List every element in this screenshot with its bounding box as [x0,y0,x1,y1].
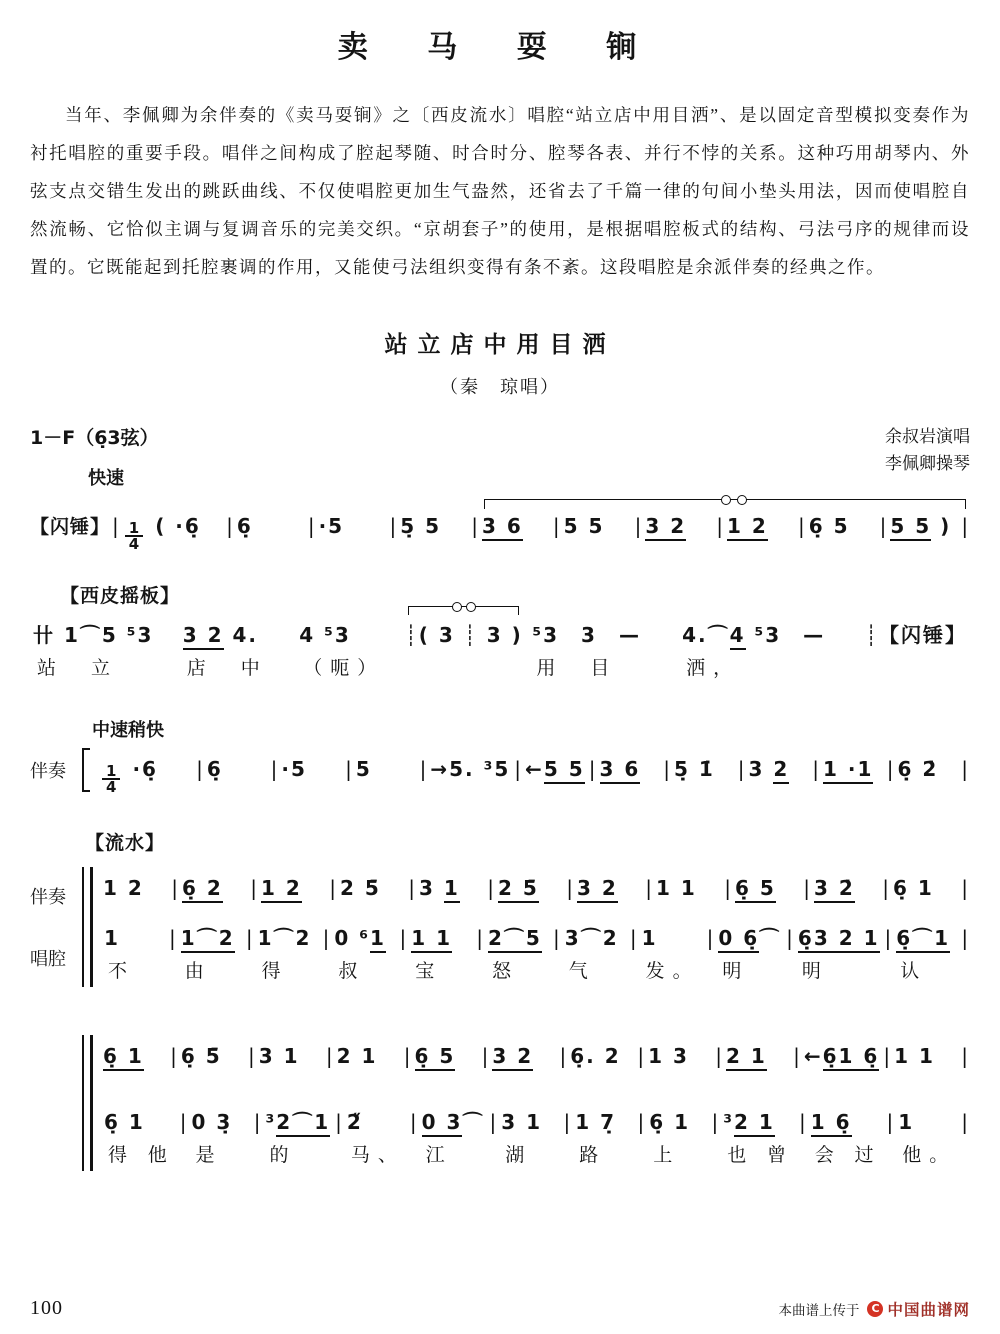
barline: | [561,1105,572,1139]
barline: | [474,921,485,955]
measure: 3 2 [490,1033,557,1079]
measure: 6̣ 1 [891,865,959,911]
barline: | [306,514,317,538]
notes: ³2⌒1 [266,1105,331,1139]
meta-row: 1－F（6̣3弦） 快速 余叔岩演唱 李佩卿操琴 [30,423,970,490]
measure: 6̣ [235,514,306,538]
barline: | [551,921,562,955]
barline: | [878,514,889,538]
notes: 0 6̣⌒ [718,921,781,955]
continuation-system: 6̣ 1|6̣ 5̄|3 1|2 1|6̣ 5|3 2|6̣. 2|1 3|2 … [30,1033,970,1173]
lyric: 叔 [334,955,394,989]
barline: | [883,921,894,955]
section-label-liushui: 【流水】 [85,828,970,855]
barline: | [722,865,733,911]
system-bracket [82,1035,93,1171]
part-label-banzou: 伴奏 [30,757,82,783]
barline: | [321,921,332,955]
banzou-interlude-system: 伴奏 1 4 ·6̣|6̣|·5|5|→5. ³5|←5 5|3 6|5̣ 1̇… [30,746,970,794]
lyric: 得 他 [104,1139,175,1173]
measure: ←6̣1 6̣ [802,1033,881,1079]
measure: 2⌒5怒 [485,921,551,989]
lyric: 气 [565,955,625,989]
barline: | [797,1105,808,1139]
measure: 1⌒2得 [255,921,321,989]
lyric: 站 立 [33,652,177,686]
measure: 5̣ 1̇ [672,746,736,792]
barline: | [487,1105,498,1139]
barline: | [244,921,255,955]
barline: | [406,865,417,911]
measure: 1 2 [259,865,327,911]
page-title: 卖 马 耍 锏 [30,22,970,66]
phrase-bracket [484,499,966,509]
notes: 1 [104,921,164,955]
measure: 1不 [101,921,167,989]
measure: ·5 [279,746,343,792]
measure: 0 6̣⌒明 [715,921,784,989]
barline: | [633,514,644,538]
measure: 1 3 [646,1033,713,1079]
part-label-banzou: 伴奏 [30,883,82,909]
barline: | [628,921,639,955]
barline: | [246,1033,257,1079]
measure: 3 2̇ [812,865,880,911]
lyric: 的 [266,1139,331,1173]
measure: ( ·6̣ [153,514,224,538]
barline: | [402,1033,413,1079]
measure: 6̣ [205,746,269,792]
lyric: 认 [896,955,956,989]
notes: 4 ⁵3 [299,618,399,652]
notes: ³2 1 [723,1105,794,1139]
measure: 6̣⌒1认 [893,921,959,989]
measure: 6̣ 1 [101,1033,168,1079]
measure: ·5 [317,514,388,538]
notes: 6̣ 1 [104,1105,175,1139]
barline: | [512,746,523,792]
lyric: 宝 [411,955,471,989]
tempo-marking-fast: 快速 [88,464,159,490]
barline: | [167,921,178,955]
measure: 卄 1⌒5 ⁵3站 立 [30,618,180,686]
notes: 2⌒5 [488,921,548,955]
measure: 5 5 [562,514,633,538]
barline: | [635,1105,646,1139]
measure: 3⌒2气 [562,921,628,989]
lyric: 发。 [642,955,702,989]
measure: 6̣ 5 [807,514,878,538]
measure: ┊( 3 ┊ 3 ) [402,618,530,652]
barline: | [959,1105,970,1139]
quscore-logo-icon: C [867,1301,883,1317]
liushui-system: 伴奏 唱腔 1 2|6̣ 2|1 2|2 5̄|3 1|2 5̄|3 2|1 1… [30,865,970,989]
staff-cont-changqiang: 6̣ 1得 他|0 3̣是|³2⌒1的|2̋马、|0 3⌒江|3 1湖|1 7̣… [101,1105,970,1173]
barline: | [705,921,716,955]
barline: | [480,1033,491,1079]
lyric: （呃） [299,652,399,686]
barline: | [784,921,795,955]
barline: | [224,514,235,538]
barline: | [269,746,280,792]
barline: | [801,865,812,911]
part-labels: 伴奏 [30,746,82,794]
measure: ³2 1也 曾 [720,1105,797,1173]
barline: | [661,746,672,792]
measure: 1 1 [892,1033,959,1079]
measure: 0 ⁶1叔 [331,921,397,989]
measure: ┊【闪锤】 [862,618,970,652]
measure: 2 5̄ [496,865,564,911]
lyric: 也 曾 [723,1139,794,1173]
measure: 6̣3 2 1明 [795,921,883,989]
measure: 1 1 [654,865,722,911]
measure: 6̣ 1得 他 [101,1105,178,1173]
measure: 6̣ 5 [413,1033,480,1079]
measure: ⁵3 3 —用 目 [529,618,679,686]
lyric: 会 过 [811,1139,882,1173]
notes: 1 6̣ [811,1105,882,1139]
barline: | [959,746,970,792]
staff-shanchui: ( ·6̣|6̣|·5|5̣ 5|3 6|5 5|3 2|1 2|6̣ 5|5 … [153,514,970,538]
barline: | [643,865,654,911]
barline: | [485,865,496,911]
lyric: 得 [258,955,318,989]
staff-cont-banzou: 6̣ 1|6̣ 5̄|3 1|2 1|6̣ 5|3 2|6̣. 2|1 3|2 … [101,1033,970,1079]
score-page: 卖 马 耍 锏 当年、李佩卿为余伴奏的《卖马耍锏》之〔西皮流水〕唱腔“站立店中用… [0,0,1000,1334]
time-denominator: 4 [125,537,143,551]
part-labels [30,1033,82,1173]
measure: 3 1 [257,1033,324,1079]
measure: 1 6̣会 过 [808,1105,885,1173]
barline: | [796,514,807,538]
notes: 6̣⌒1 [896,921,956,955]
time-denominator: 4 [102,780,120,794]
lyric: 湖 [501,1139,558,1173]
measure: 1⌒2由 [178,921,244,989]
lyric: 店 中 [183,652,294,686]
lyric: 明 [798,955,880,989]
shanchui-line: 【闪锤】 | 1 4 ( ·6̣|6̣|·5|5̣ 5|3 6|5 5|3 2|… [30,512,970,551]
lyric: 马、 [347,1139,405,1173]
notes: 1 7̣ [575,1105,632,1139]
barline: | [343,746,354,792]
measure: 2 5̄ [338,865,406,911]
measure: 2 1 [335,1033,402,1079]
measure: 3 6 [598,746,662,792]
notes: 4.⌒4 ⁵3 — [682,618,859,652]
barline: | [885,746,896,792]
yaoban-line: 卄 1⌒5 ⁵3站 立3 2 4.店 中4 ⁵3（呃）┊( 3 ┊ 3 )⁵3 … [30,618,970,686]
measures-banzou: ·6̣|6̣|·5|5|→5. ³5|←5 5|3 6|5̣ 1̇|3 2|1 … [130,746,970,792]
notes: 6̣3 2 1 [798,921,880,955]
lyric: 由 [181,955,241,989]
barline: | [736,746,747,792]
notes: 3 1 [501,1105,558,1139]
barline: | [709,1105,720,1139]
time-signature: 1 4 [125,521,143,551]
song-title: 站立店中用目洒 [30,326,970,359]
barline: | [469,514,480,538]
site-name: 中国曲谱网 [887,1298,970,1320]
intro-paragraph: 当年、李佩卿为余伴奏的《卖马耍锏》之〔西皮流水〕唱腔“站立店中用目洒”、是以固定… [30,96,970,286]
measure: →5. ³5 [428,746,512,792]
measure: 2 1 [724,1033,791,1079]
notes: 1⌒2 [181,921,241,955]
barline: | [178,1105,189,1139]
notes: 6̣ 1 [649,1105,706,1139]
barline: | [714,514,725,538]
phrase-bracket [408,606,520,615]
measure: 5 [354,746,418,792]
measure: 6̣ 5 [733,865,801,911]
barline: | [558,1033,569,1079]
measure: 6̣. 2 [568,1033,635,1079]
measure: ³2⌒1的 [263,1105,334,1173]
barline: | [959,865,970,911]
notes: ┊【闪锤】 [865,618,967,652]
measure: 1 2 [725,514,796,538]
barline: | [252,1105,263,1139]
notes: 2̋ [347,1105,405,1139]
part-label-changqiang: 唱腔 [30,945,82,971]
barline: | [408,1105,419,1139]
measure: 3 2 [575,865,643,911]
measure: 2̋马、 [344,1105,408,1173]
section-label-shanchui: 【闪锤】 [30,512,110,539]
key-signature: 1－F（6̣3弦） [30,423,159,450]
notes: 0 3⌒ [422,1105,485,1139]
measure: 3 2 [747,746,811,792]
measure: 6̣ 2̇ [895,746,959,792]
singer-line: （秦 琼唱） [30,373,970,399]
measure: 0 3⌒江 [419,1105,488,1173]
barline: | [884,1105,895,1139]
notes: 3 2 4. [183,618,294,652]
notes: 3⌒2 [565,921,625,955]
staff-liushui-changqiang: 1不|1⌒2由|1⌒2得|0 ⁶1叔|1 1宝|2⌒5怒|3⌒2气|1发。|0 … [101,921,970,989]
lyric: 用 目 [532,652,676,686]
notes: 1⌒2 [258,921,318,955]
measure: 5 5 ) [888,514,959,538]
lyric: 上 [649,1139,706,1173]
measure: 4 ⁵3（呃） [296,618,402,686]
notes: 0 ⁶1 [334,921,394,955]
barline: | [397,921,408,955]
section-label-yaoban: 【西皮摇板】 [60,581,970,608]
measure: 0 3̣是 [189,1105,252,1173]
lyric: 江 [422,1139,485,1173]
lyric: 怒 [488,955,548,989]
tempo-marking-medium: 中速稍快 [92,716,970,742]
measure: 1 7̣路 [572,1105,635,1173]
vocal-credit: 余叔岩演唱 [885,423,970,450]
barline: | [324,1033,335,1079]
time-signature: 1 4 [102,764,120,794]
barline: | [333,1105,344,1139]
lyric: 是 [192,1139,249,1173]
lyric: 路 [575,1139,632,1173]
barline: | [388,514,399,538]
measure: 3 6 [480,514,551,538]
page-number: 100 [30,1297,63,1320]
staff-liushui-banzou: 1 2|6̣ 2|1 2|2 5̄|3 1|2 5̄|3 2|1 1|6̣ 5|… [101,865,970,911]
lyric: 他。 [898,1139,956,1173]
barline: | [810,746,821,792]
barline: | [194,746,205,792]
notes: 卄 1⌒5 ⁵3 [33,618,177,652]
notes: ┊( 3 ┊ 3 ) [405,618,527,652]
measure: ·6̣ [130,746,194,792]
barline: | [169,865,180,911]
measure: 3 2 [643,514,714,538]
credits: 余叔岩演唱 李佩卿操琴 [885,423,970,477]
barline: | [959,514,970,538]
barline: | [551,514,562,538]
barline: | [587,746,598,792]
notes: ⁵3 3 — [532,618,676,652]
barline: | [881,1033,892,1079]
barline: | [959,1033,970,1079]
barline: | [248,865,259,911]
notes: 1 1 [411,921,471,955]
barline: | [418,746,429,792]
measure: ←5 5 [523,746,587,792]
barline: | [791,1033,802,1079]
system-bracket [82,867,93,987]
staff-banzou-interlude: 1 4 ·6̣|6̣|·5|5|→5. ³5|←5 5|3 6|5̣ 1̇|3 … [98,746,970,794]
measure: 5̣ 5 [398,514,469,538]
barline: | [168,1033,179,1079]
barline: | [713,1033,724,1079]
measure: 6̣ 5̄ [179,1033,246,1079]
measure: 1他。 [895,1105,959,1173]
lyric: 明 [718,955,781,989]
notes: 1 [642,921,702,955]
measure: 3 1 [417,865,485,911]
key-block: 1－F（6̣3弦） 快速 [30,423,159,490]
barline: | [564,865,575,911]
site-stamp: 本曲谱上传于 C 中国曲谱网 [778,1298,970,1320]
fiddle-credit: 李佩卿操琴 [885,450,970,477]
lyric: 洒， [682,652,859,686]
measure: 6̣ 1上 [646,1105,709,1173]
measure: 6̣ 2 [180,865,248,911]
upload-note: 本曲谱上传于 [778,1299,859,1319]
notes: 1 [898,1105,956,1139]
barline: | [959,921,970,955]
measure: 1 1宝 [408,921,474,989]
page-footer: 100 本曲谱上传于 C 中国曲谱网 [30,1297,970,1320]
notes: 0 3̣ [192,1105,249,1139]
barline: | [635,1033,646,1079]
measure: 3 1湖 [498,1105,561,1173]
measure: 4.⌒4 ⁵3 —洒， [679,618,862,686]
lyric: 不 [104,955,164,989]
system-bracket [82,748,90,792]
barline: | [327,865,338,911]
measure: 3 2 4.店 中 [180,618,297,686]
part-labels: 伴奏 唱腔 [30,865,82,989]
barline: | [880,865,891,911]
measure: 1 ·1 [821,746,885,792]
measure: 1 2 [101,865,169,911]
measure: 1发。 [639,921,705,989]
barline: | [110,514,121,538]
